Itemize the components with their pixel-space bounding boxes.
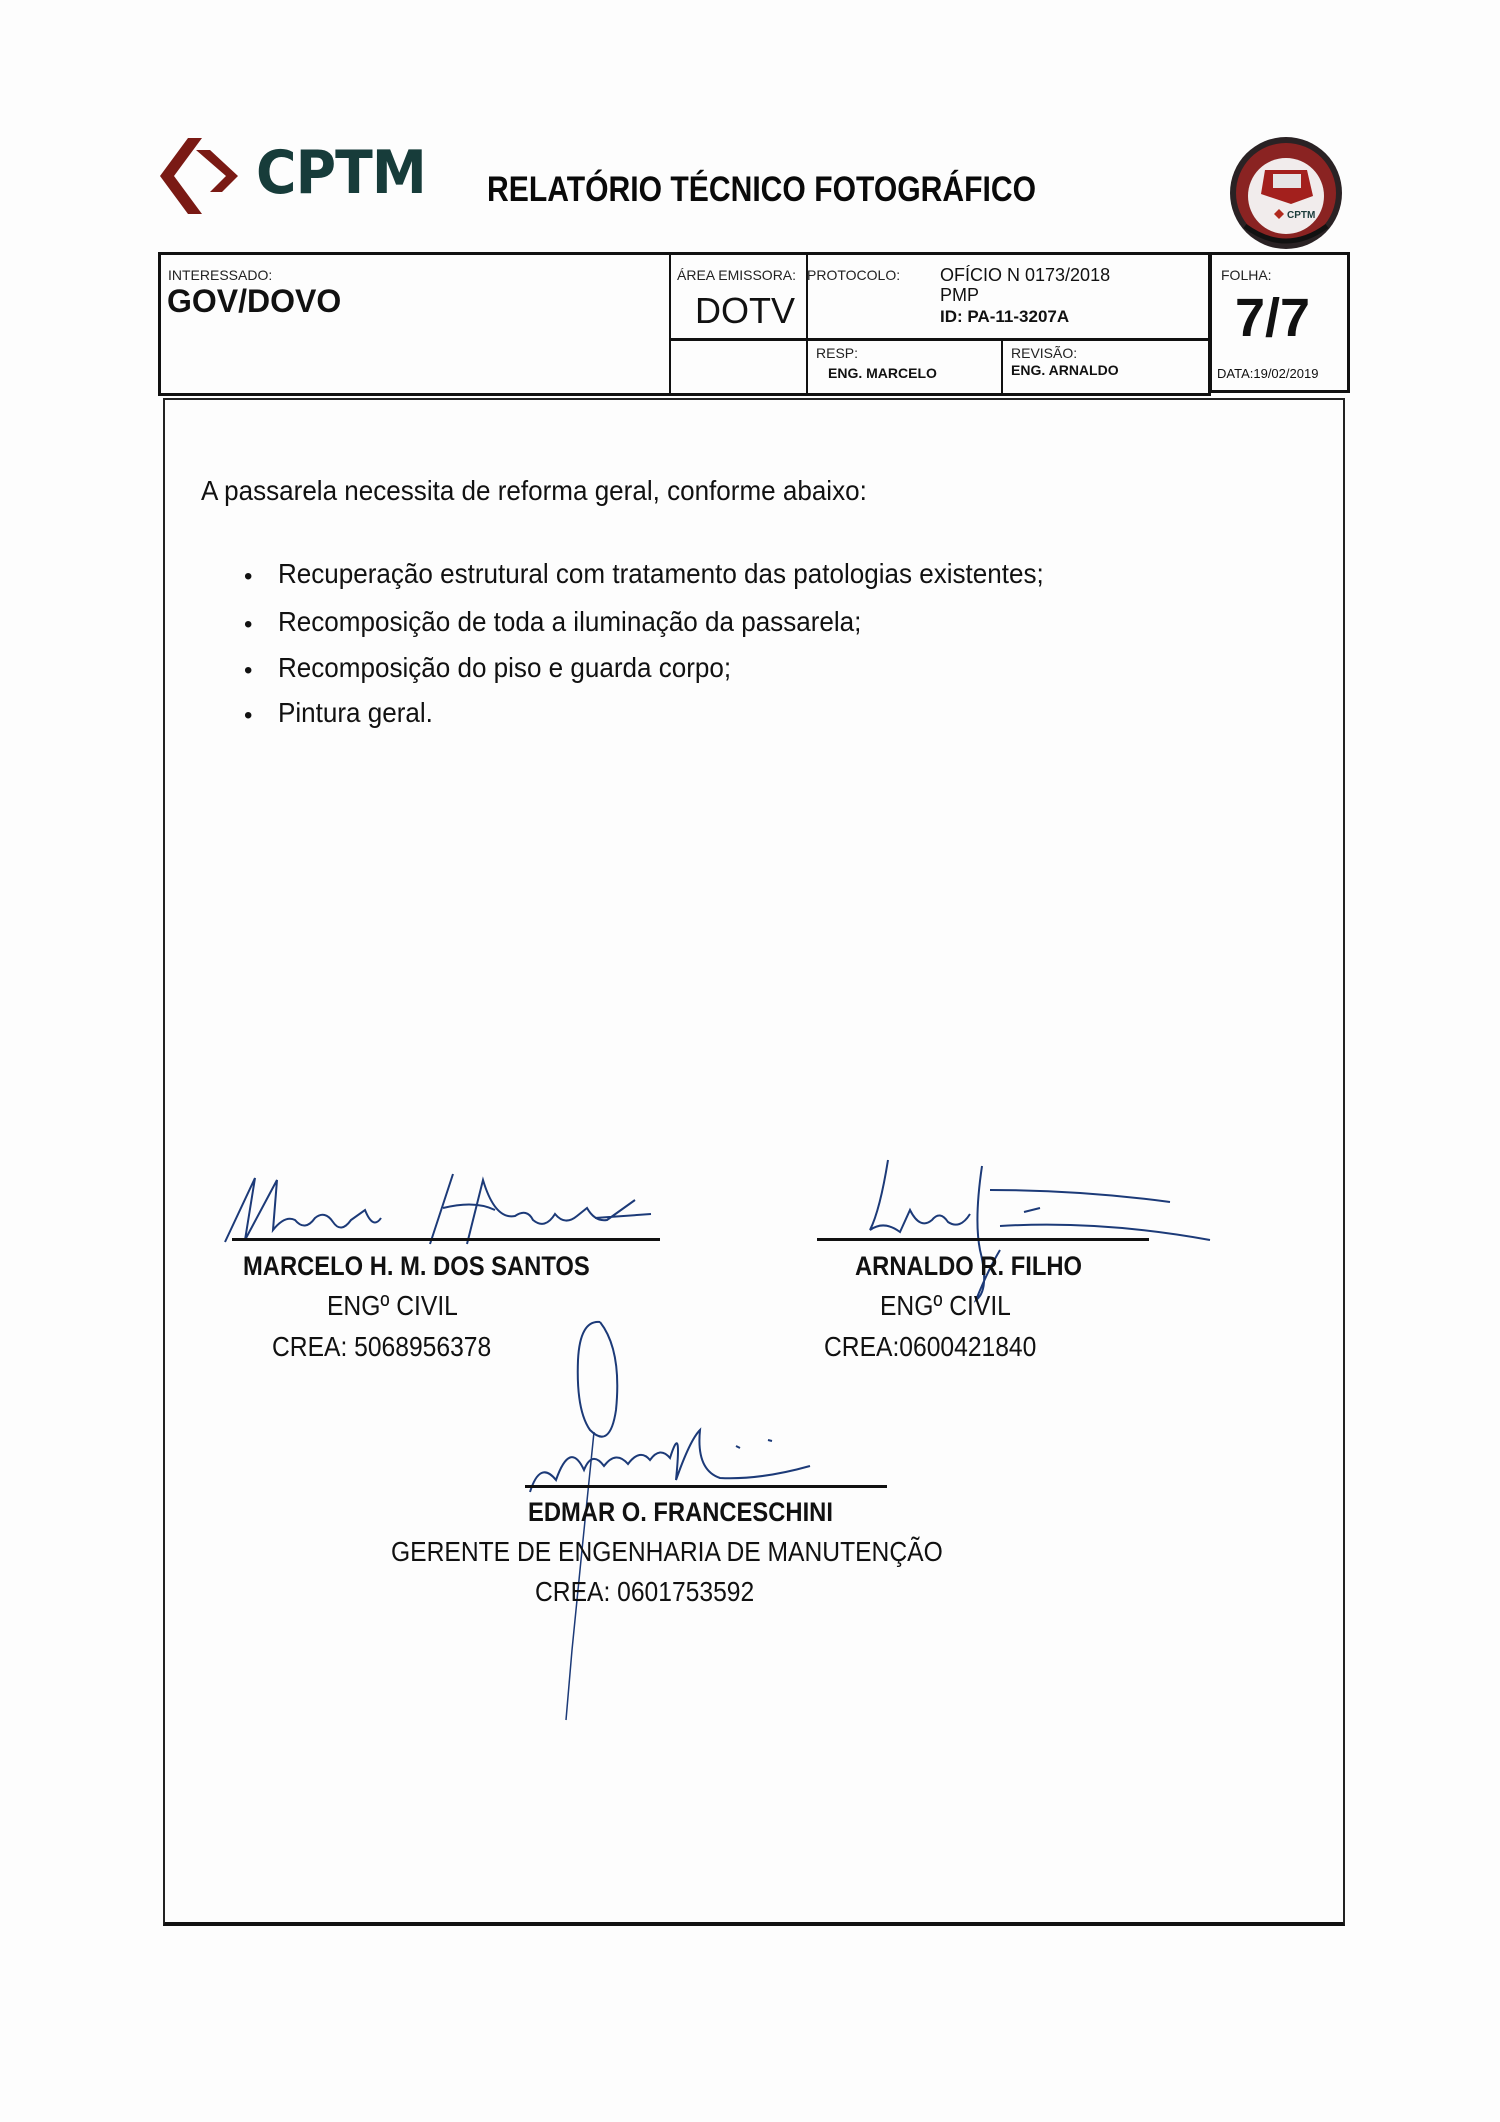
signature-line — [525, 1485, 887, 1488]
list-item: Pintura geral. — [278, 696, 433, 730]
signatory-crea: CREA:0600421840 — [824, 1331, 1036, 1363]
folha-value: 7/7 — [1235, 288, 1310, 348]
protocolo-line-1: OFÍCIO N 0173/2018 — [940, 265, 1110, 285]
data-label: DATA: — [1217, 366, 1253, 381]
bullet-icon: • — [244, 699, 252, 733]
revisao-label: REVISÃO: — [1011, 345, 1077, 361]
signatory-name: EDMAR O. FRANCESCHINI — [528, 1497, 833, 1528]
divider — [669, 338, 1208, 341]
quality-seal-icon: CPTM — [1227, 134, 1345, 252]
divider — [1001, 339, 1003, 393]
signatory-role: GERENTE DE ENGENHARIA DE MANUTENÇÃO — [391, 1536, 943, 1568]
interessado-value: GOV/DOVO — [167, 283, 341, 320]
svg-text:CPTM: CPTM — [1287, 210, 1315, 221]
signatory-name: ARNALDO R. FILHO — [855, 1251, 1082, 1282]
folha-label: FOLHA: — [1221, 267, 1272, 283]
document-page: CPTM RELATÓRIO TÉCNICO FOTOGRÁFICO CPTM … — [0, 0, 1500, 2122]
protocolo-line-2: PMP — [940, 285, 979, 305]
revisao-value: ENG. ARNALDO — [1011, 362, 1119, 378]
document-title: RELATÓRIO TÉCNICO FOTOGRÁFICO — [487, 170, 1036, 210]
list-item: Recuperação estrutural com tratamento da… — [278, 557, 1044, 591]
signature-line — [817, 1238, 1149, 1241]
signatory-crea: CREA: 5068956378 — [272, 1331, 491, 1363]
signatory-role: ENGº CIVIL — [880, 1290, 1011, 1322]
intro-text: A passarela necessita de reforma geral, … — [201, 474, 867, 508]
cptm-logo-text: CPTM — [256, 138, 426, 208]
resp-label: RESP: — [816, 345, 858, 361]
bullet-icon: • — [244, 654, 252, 688]
data-value: 19/02/2019 — [1253, 366, 1318, 381]
cptm-logo-icon — [158, 138, 244, 214]
protocolo-label: PROTOCOLO: — [807, 267, 900, 283]
bullet-icon: • — [244, 560, 252, 594]
list-item: Recomposição de toda a iluminação da pas… — [278, 605, 861, 639]
data-field: DATA:19/02/2019 — [1217, 366, 1318, 381]
signature-line — [232, 1238, 660, 1241]
interessado-label: INTERESSADO: — [168, 267, 272, 283]
signatory-role: ENGº CIVIL — [327, 1290, 458, 1322]
protocolo-id: ID: PA-11-3207A — [940, 307, 1069, 327]
resp-value: ENG. MARCELO — [828, 365, 937, 381]
bullet-icon: • — [244, 608, 252, 642]
signatory-crea: CREA: 0601753592 — [535, 1576, 754, 1608]
signatory-name: MARCELO H. M. DOS SANTOS — [243, 1251, 590, 1282]
area-emissora-label: ÁREA EMISSORA: — [677, 267, 796, 283]
list-item: Recomposição do piso e guarda corpo; — [278, 651, 731, 685]
divider — [669, 252, 671, 393]
area-emissora-value: DOTV — [695, 290, 795, 332]
